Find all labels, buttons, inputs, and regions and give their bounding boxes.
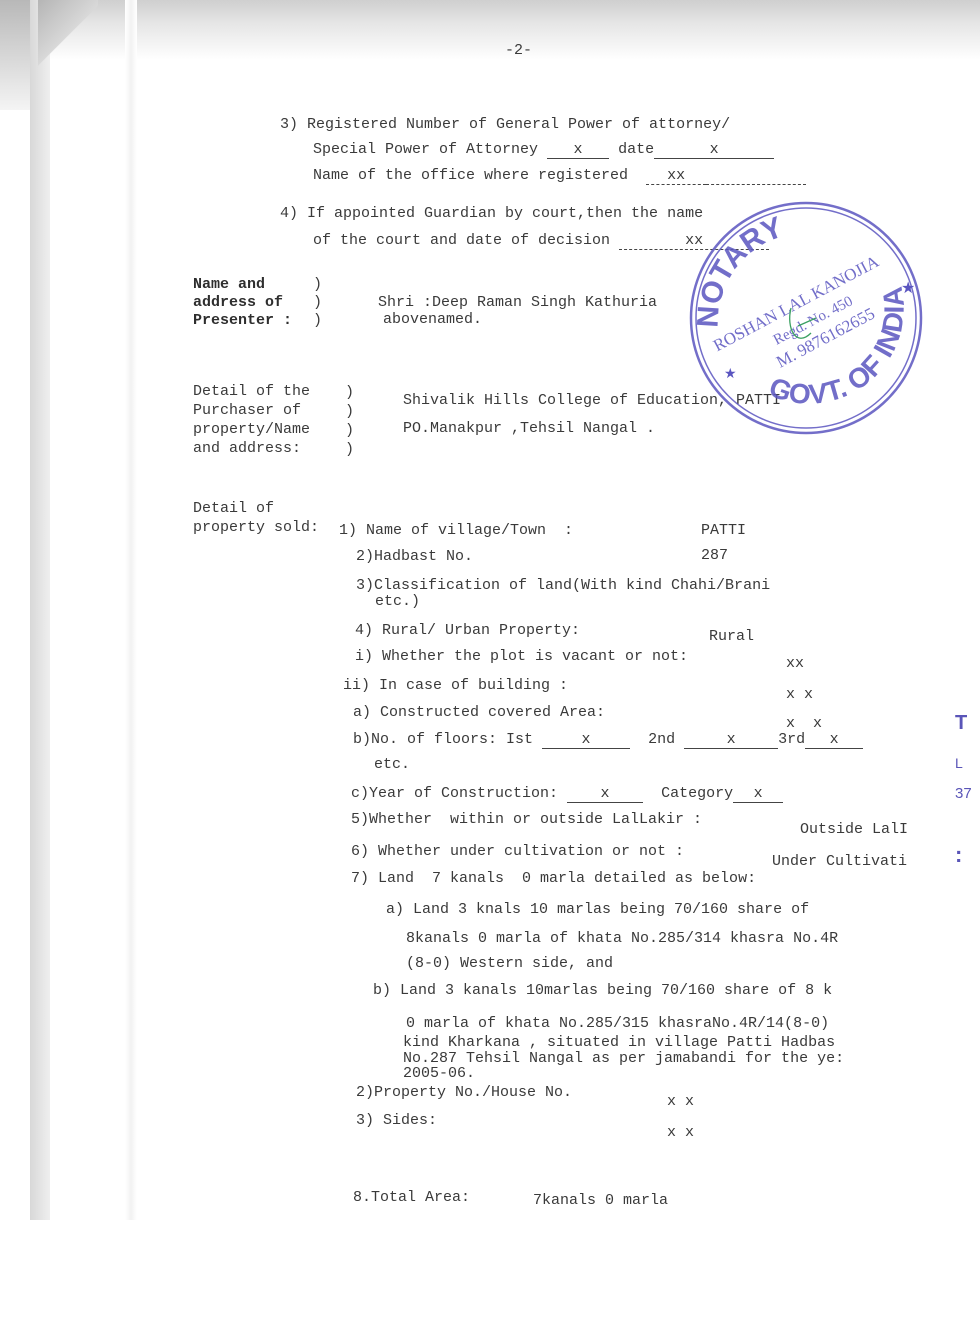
land-b-line-2: 0 marla of khata No.285/315 khasraNo.4R/…	[406, 1015, 829, 1032]
land-a-line-2: 8kanals 0 marla of khata No.285/314 khas…	[406, 930, 838, 947]
floor-3-label: 3rd	[778, 731, 805, 748]
land-b-line-1: b) Land 3 kanals 10marlas being 70/160 s…	[373, 982, 832, 999]
classification-label: 3)Classification of land(With kind Chahi…	[356, 577, 770, 594]
purchaser-brackets: ))))	[345, 383, 354, 459]
rural-label: 4) Rural/ Urban Property:	[355, 622, 580, 639]
side-stamp-fragment: T L 37 :	[955, 712, 972, 868]
land-a-line-1: a) Land 3 knals 10 marlas being 70/160 s…	[386, 901, 809, 918]
page-number: -2-	[505, 42, 532, 59]
cultivation-value: Under Cultivati	[772, 853, 907, 870]
gpa-date-field: x	[654, 141, 774, 159]
purchaser-label-1: Detail of the	[193, 383, 310, 400]
village-label: 1) Name of village/Town :	[339, 522, 573, 539]
svg-text:★: ★	[901, 280, 915, 297]
year-label: c)Year of Construction:	[351, 785, 558, 802]
house-no-value: x x	[667, 1093, 694, 1110]
classification-label-2: etc.)	[375, 593, 420, 610]
category-label: Category	[661, 785, 733, 802]
office-label: Name of the office where registered	[313, 167, 628, 184]
notary-stamp: NOTARY ROSHAN LAL KANOJIA Regd. No. 450 …	[686, 198, 926, 438]
year-line: c)Year of Construction: x Categoryx	[351, 785, 783, 803]
purchaser-label-2: Purchaser of	[193, 402, 301, 419]
date-label: date	[618, 141, 654, 158]
scan-streak	[125, 0, 137, 1220]
svg-text:★: ★	[724, 365, 737, 381]
sides-value: x x	[667, 1124, 694, 1141]
side-mark-37: 37	[955, 785, 972, 802]
gpa-label: Special Power of Attorney	[313, 141, 538, 158]
house-no-label: 2)Property No./House No.	[356, 1084, 572, 1101]
purchaser-address: PO.Manakpur ,Tehsil Nangal .	[403, 420, 655, 437]
side-mark-colon: :	[955, 842, 972, 868]
lallakir-value: Outside LalI	[800, 821, 908, 838]
side-mark-l: L	[955, 755, 972, 771]
gpa-line2: Special Power of Attorney x datex	[313, 141, 774, 159]
gpa-number-field: x	[547, 141, 609, 159]
purchaser-label-4: and address:	[193, 440, 301, 457]
floor-2-field: x	[684, 731, 778, 749]
scan-shadow-left	[30, 0, 50, 1220]
office-field: xx	[646, 167, 706, 185]
building-label: ii) In case of building :	[343, 677, 568, 694]
land-b-line-4: No.287 Tehsil Nangal as per jamabandi fo…	[403, 1052, 844, 1066]
scan-edge	[0, 0, 30, 110]
village-value: PATTI	[701, 522, 746, 539]
purchaser-label-3: property/Name	[193, 421, 310, 438]
presenter-label-3: Presenter :	[193, 312, 292, 329]
land-b-line-3: kind Kharkana , situated in village Patt…	[403, 1036, 835, 1050]
floors-etc: etc.	[374, 756, 410, 773]
property-label-1: Detail of	[193, 500, 274, 517]
land-summary: 7) Land 7 kanals 0 marla detailed as bel…	[351, 870, 756, 887]
land-a-line-3: (8-0) Western side, and	[406, 955, 613, 972]
building-value: x x	[786, 686, 813, 703]
year-field: x	[567, 785, 643, 803]
presenter-label-1: Name and	[193, 276, 265, 293]
page-fold	[38, 0, 98, 70]
presenter-label-2: address of	[193, 294, 283, 311]
floor-3-field: x	[805, 731, 863, 749]
category-field: x	[733, 785, 783, 803]
vacant-value: xx	[786, 655, 804, 672]
total-area-value: 7kanals 0 marla	[533, 1192, 668, 1209]
total-area-label: 8.Total Area:	[353, 1189, 470, 1206]
covered-area-value: x x	[786, 715, 822, 732]
hadbast-value: 287	[701, 547, 728, 564]
sides-label: 3) Sides:	[356, 1112, 437, 1129]
lallakir-label: 5)Whether within or outside LalLakir :	[351, 811, 702, 828]
floor-1-field: x	[542, 731, 630, 749]
hadbast-label: 2)Hadbast No.	[356, 548, 473, 565]
gpa-line1: 3) Registered Number of General Power of…	[280, 116, 730, 133]
side-mark-t: T	[955, 712, 972, 735]
guardian-label: of the court and date of decision	[313, 232, 610, 249]
property-label-2: property sold:	[193, 519, 319, 536]
gpa-office-line: Name of the office where registered xx	[313, 167, 806, 185]
rural-value: Rural	[709, 628, 754, 645]
presenter-note: abovenamed.	[383, 311, 482, 328]
floors-label: b)No. of floors: Ist	[353, 731, 533, 748]
cultivation-label: 6) Whether under cultivation or not :	[351, 843, 684, 860]
guardian-line1: 4) If appointed Guardian by court,then t…	[280, 205, 703, 222]
land-b-line-5: 2005-06.	[403, 1067, 475, 1081]
floor-2-label: 2nd	[648, 731, 675, 748]
presenter-name: Shri :Deep Raman Singh Kathuria	[378, 294, 657, 311]
covered-area-label: a) Constructed covered Area:	[353, 704, 605, 721]
vacant-label: i) Whether the plot is vacant or not:	[355, 648, 688, 665]
floors-line: b)No. of floors: Ist x 2nd x3rdx	[353, 731, 863, 749]
presenter-brackets: )))	[313, 276, 322, 330]
